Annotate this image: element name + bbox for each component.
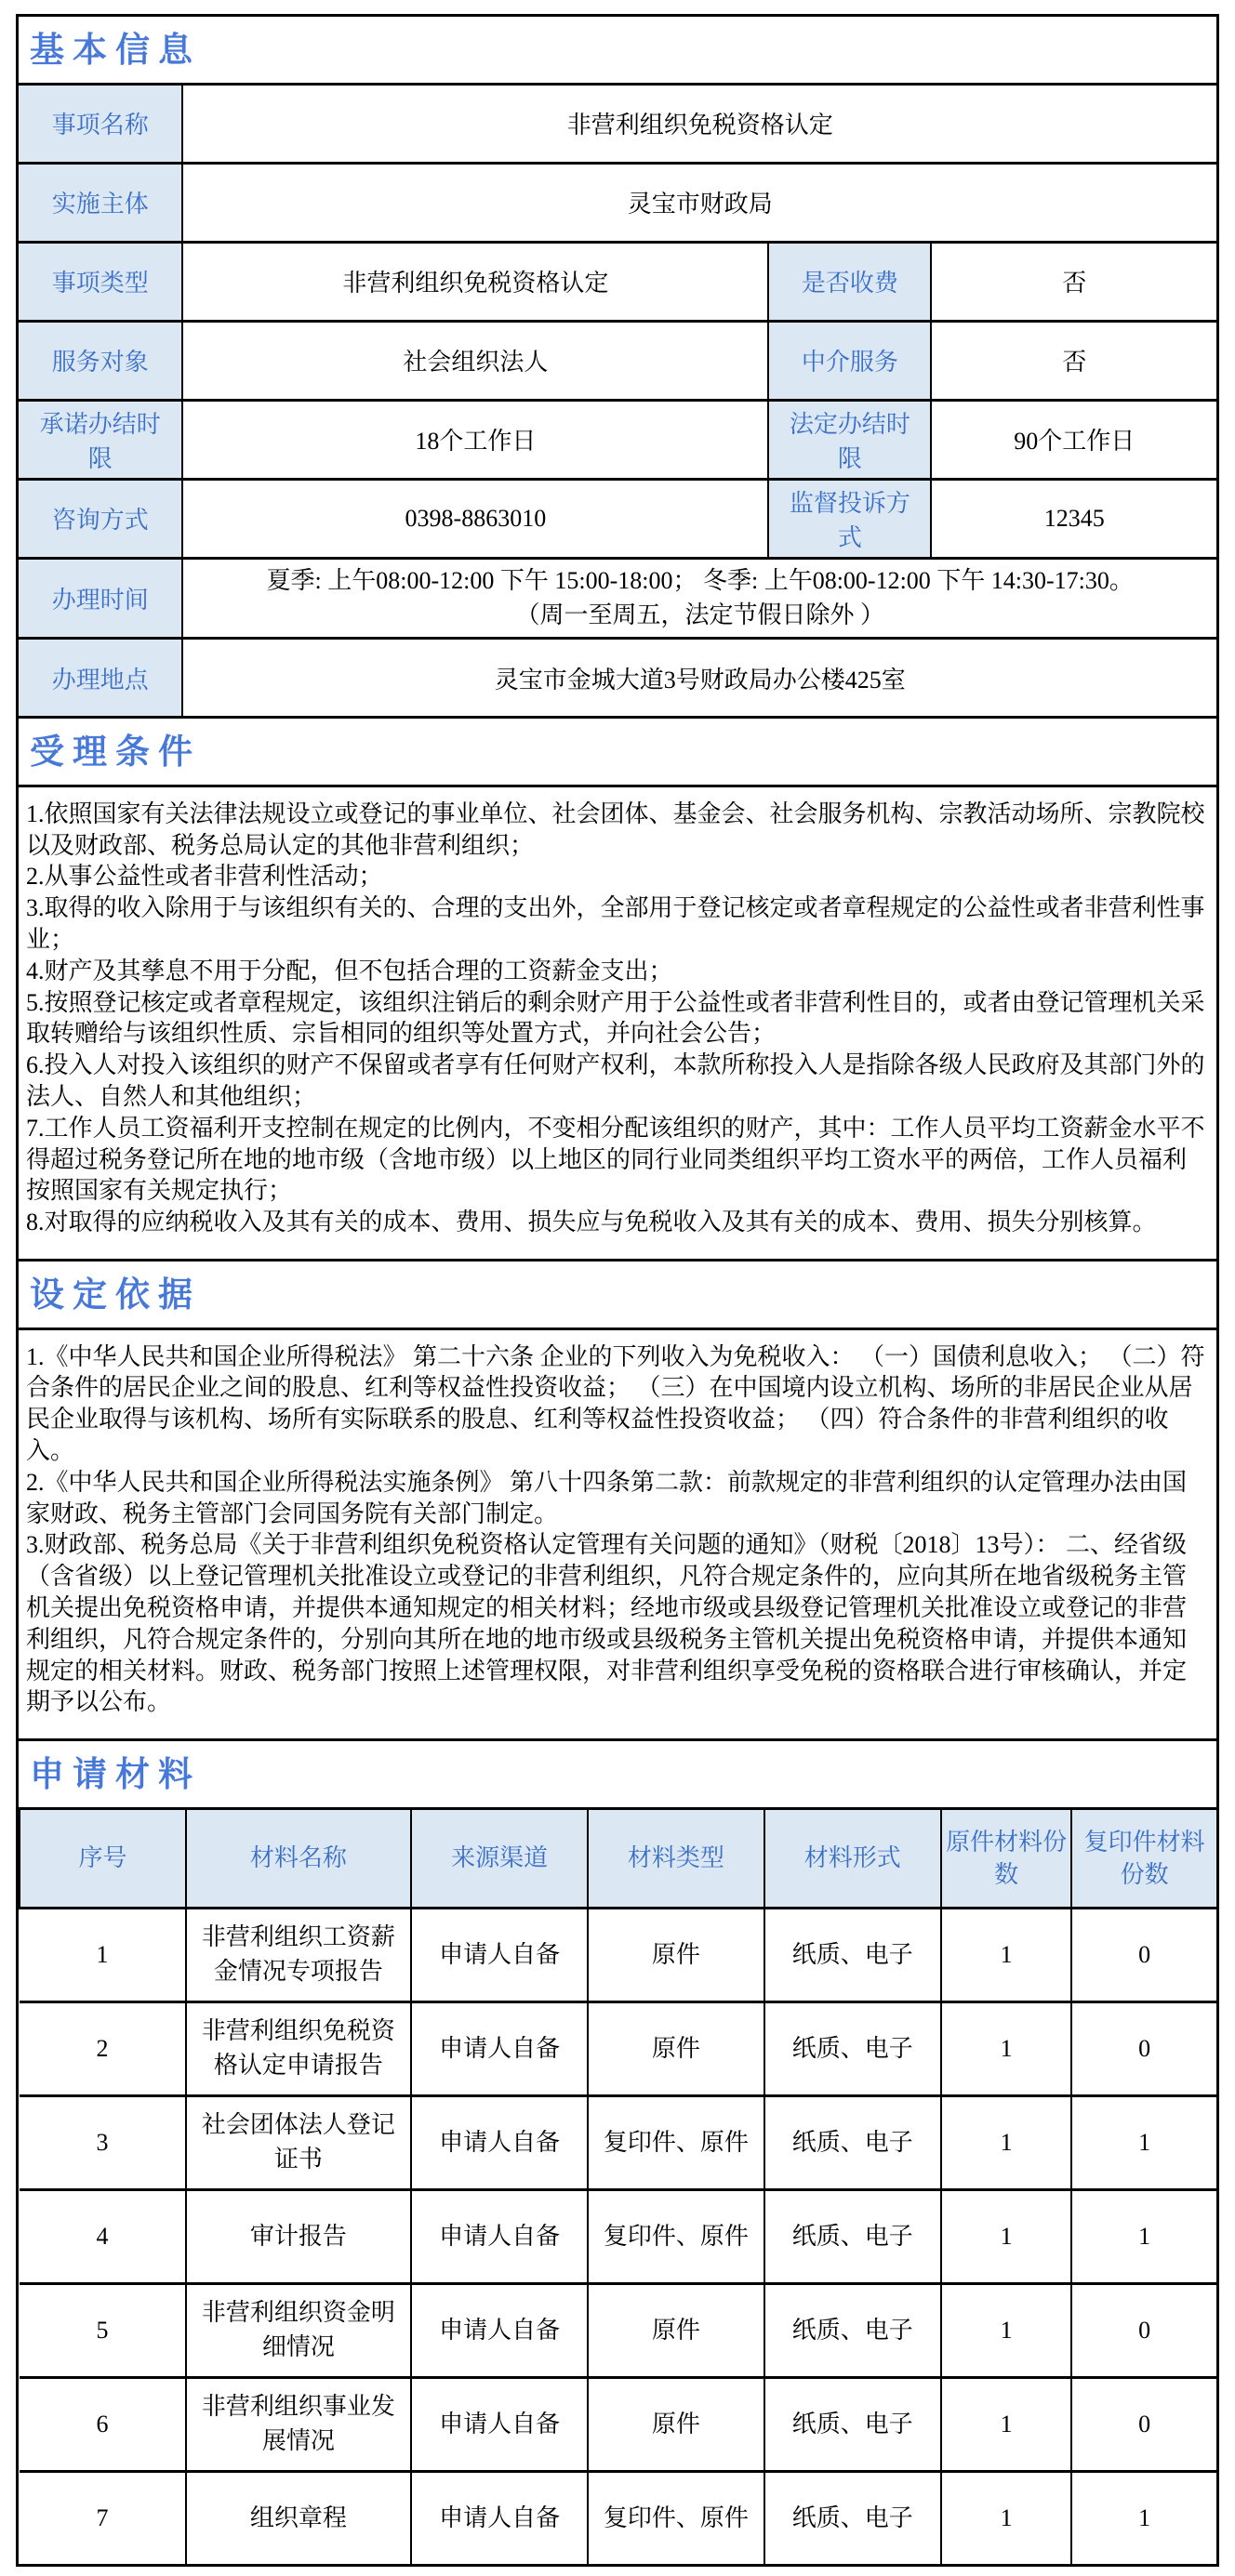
material-copies-count: 0 [1071, 2001, 1216, 2095]
setting-basis-text: 1.《中华人民共和国企业所得税法》 第二十六条 企业的下列收入为免税收入： （一… [19, 1330, 1216, 1742]
material-name: 组织章程 [186, 2471, 411, 2564]
materials-column-header: 原件材料份数 [941, 1810, 1071, 1909]
material-type: 复印件、原件 [588, 2095, 764, 2189]
table-row: 咨询方式 0398-8863010 监督投诉方式 12345 [19, 479, 1216, 558]
material-copies-count: 1 [1071, 2189, 1216, 2283]
condition-item: 4.财产及其孳息不用于分配，但不包括合理的工资薪金支出； [26, 956, 1207, 987]
section-title-acceptance-conditions: 受理条件 [19, 719, 1216, 787]
field-value-consult-way: 0398-8863010 [182, 479, 768, 558]
field-value-item-type: 非营利组织免税资格认定 [182, 242, 768, 321]
table-row: 2 非营利组织免税资格认定申请报告 申请人自备 原件 纸质、电子 1 0 [20, 2001, 1216, 2095]
table-row: 办理时间 夏季: 上午08:00-12:00 下午 15:00-18:00； 冬… [19, 558, 1216, 638]
field-label-implement-body: 实施主体 [19, 163, 182, 242]
section-title-application-materials: 申请材料 [19, 1741, 1216, 1810]
material-form: 纸质、电子 [764, 1908, 941, 2001]
office-time-line1: 夏季: 上午08:00-12:00 下午 15:00-18:00； 冬季: 上午… [193, 563, 1207, 599]
table-row: 6 非营利组织事业发展情况 申请人自备 原件 纸质、电子 1 0 [20, 2377, 1216, 2471]
condition-item: 7.工作人员工资福利开支控制在规定的比例内，不变相分配该组织的财产，其中：工作人… [26, 1113, 1207, 1207]
condition-item: 5.按照登记核定或者章程规定，该组织注销后的剩余财产用于公益性或者非营利性目的，… [26, 987, 1207, 1050]
material-source: 申请人自备 [411, 2095, 588, 2189]
material-form: 纸质、电子 [764, 2095, 941, 2189]
basis-item: 3.财政部、税务总局《关于非营利组织免税资格认定管理有关问题的通知》（财税〔20… [26, 1529, 1207, 1718]
application-materials-table: 序号 材料名称 来源渠道 材料类型 材料形式 原件材料份数 复印件材料份数 [19, 1810, 1216, 2564]
material-form: 纸质、电子 [764, 2001, 941, 2095]
materials-column-header: 材料类型 [588, 1810, 764, 1909]
field-label-intermediary-service: 中介服务 [768, 321, 931, 400]
materials-table-body: 1 非营利组织工资薪金情况专项报告 申请人自备 原件 纸质、电子 1 0 2 非… [20, 1908, 1216, 2564]
field-value-office-time: 夏季: 上午08:00-12:00 下午 15:00-18:00； 冬季: 上午… [182, 558, 1216, 638]
basis-item: 2.《中华人民共和国企业所得税法实施条例》 第八十四条第二款：前款规定的非营利组… [26, 1467, 1207, 1530]
material-seq: 3 [20, 2095, 186, 2189]
materials-column-header: 复印件材料份数 [1071, 1810, 1216, 1909]
material-name: 社会团体法人登记证书 [186, 2095, 411, 2189]
basis-item: 1.《中华人民共和国企业所得税法》 第二十六条 企业的下列收入为免税收入： （一… [26, 1341, 1207, 1467]
field-value-item-name: 非营利组织免税资格认定 [182, 86, 1216, 164]
table-row: 5 非营利组织资金明细情况 申请人自备 原件 纸质、电子 1 0 [20, 2283, 1216, 2377]
materials-header-row: 序号 材料名称 来源渠道 材料类型 材料形式 原件材料份数 复印件材料份数 [20, 1810, 1216, 1909]
table-row: 3 社会团体法人登记证书 申请人自备 复印件、原件 纸质、电子 1 1 [20, 2095, 1216, 2189]
field-label-promised-time: 承诺办结时限 [19, 400, 182, 479]
material-type: 原件 [588, 2283, 764, 2377]
field-label-consult-way: 咨询方式 [19, 479, 182, 558]
table-row: 7 组织章程 申请人自备 复印件、原件 纸质、电子 1 1 [20, 2471, 1216, 2564]
material-seq: 1 [20, 1908, 186, 2001]
acceptance-conditions-text: 1.依照国家有关法律法规设立或登记的事业单位、社会团体、基金会、社会服务机构、宗… [19, 787, 1216, 1262]
field-label-item-name: 事项名称 [19, 86, 182, 164]
condition-item: 6.投入人对投入该组织的财产不保留或者享有任何财产权利，本款所称投入人是指除各级… [26, 1050, 1207, 1113]
field-value-legal-time: 90个工作日 [931, 400, 1216, 479]
material-originals-count: 1 [941, 1908, 1071, 2001]
field-label-complaint-way: 监督投诉方式 [768, 479, 931, 558]
material-copies-count: 1 [1071, 2471, 1216, 2564]
field-label-item-type: 事项类型 [19, 242, 182, 321]
material-name: 非营利组织工资薪金情况专项报告 [186, 1908, 411, 2001]
material-name: 非营利组织免税资格认定申请报告 [186, 2001, 411, 2095]
field-label-office-place: 办理地点 [19, 639, 182, 718]
material-seq: 2 [20, 2001, 186, 2095]
material-source: 申请人自备 [411, 2001, 588, 2095]
condition-item: 2.从事公益性或者非营利性活动； [26, 861, 1207, 892]
condition-item: 3.取得的收入除用于与该组织有关的、合理的支出外，全部用于登记核定或者章程规定的… [26, 892, 1207, 956]
material-copies-count: 0 [1071, 1908, 1216, 2001]
material-originals-count: 1 [941, 2377, 1071, 2471]
material-form: 纸质、电子 [764, 2189, 941, 2283]
material-name: 审计报告 [186, 2189, 411, 2283]
table-row: 实施主体 灵宝市财政局 [19, 163, 1216, 242]
material-source: 申请人自备 [411, 2189, 588, 2283]
material-source: 申请人自备 [411, 2283, 588, 2377]
field-label-is-charged: 是否收费 [768, 242, 931, 321]
field-value-service-object: 社会组织法人 [182, 321, 768, 400]
table-row: 承诺办结时限 18个工作日 法定办结时限 90个工作日 [19, 400, 1216, 479]
field-value-is-charged: 否 [931, 242, 1216, 321]
office-time-line2: （周一至周五，法定节假日除外 ） [193, 598, 1207, 633]
table-row: 服务对象 社会组织法人 中介服务 否 [19, 321, 1216, 400]
material-originals-count: 1 [941, 2095, 1071, 2189]
material-type: 原件 [588, 2001, 764, 2095]
field-value-intermediary-service: 否 [931, 321, 1216, 400]
material-originals-count: 1 [941, 2189, 1071, 2283]
table-row: 办理地点 灵宝市金城大道3号财政局办公楼425室 [19, 639, 1216, 718]
field-label-office-time: 办理时间 [19, 558, 182, 638]
condition-item: 8.对取得的应纳税收入及其有关的成本、费用、损失应与免税收入及其有关的成本、费用… [26, 1207, 1207, 1238]
material-form: 纸质、电子 [764, 2283, 941, 2377]
material-name: 非营利组织事业发展情况 [186, 2377, 411, 2471]
material-copies-count: 0 [1071, 2377, 1216, 2471]
material-seq: 6 [20, 2377, 186, 2471]
basic-info-table: 事项名称 非营利组织免税资格认定 实施主体 灵宝市财政局 事项类型 非营利组织免… [19, 86, 1216, 719]
service-guide-document: 基本信息 事项名称 非营利组织免税资格认定 实施主体 灵宝市财政局 事项类型 非… [16, 14, 1219, 2567]
material-form: 纸质、电子 [764, 2471, 941, 2564]
table-row: 1 非营利组织工资薪金情况专项报告 申请人自备 原件 纸质、电子 1 0 [20, 1908, 1216, 2001]
materials-column-header: 材料形式 [764, 1810, 941, 1909]
section-title-basic-info: 基本信息 [19, 17, 1216, 86]
material-seq: 5 [20, 2283, 186, 2377]
material-originals-count: 1 [941, 2471, 1071, 2564]
field-value-office-place: 灵宝市金城大道3号财政局办公楼425室 [182, 639, 1216, 718]
section-title-setting-basis: 设定依据 [19, 1262, 1216, 1330]
field-label-service-object: 服务对象 [19, 321, 182, 400]
material-source: 申请人自备 [411, 2471, 588, 2564]
materials-column-header: 序号 [20, 1810, 186, 1909]
material-copies-count: 0 [1071, 2283, 1216, 2377]
field-value-complaint-way: 12345 [931, 479, 1216, 558]
material-copies-count: 1 [1071, 2095, 1216, 2189]
material-type: 复印件、原件 [588, 2189, 764, 2283]
material-type: 原件 [588, 2377, 764, 2471]
material-name: 非营利组织资金明细情况 [186, 2283, 411, 2377]
page: 基本信息 事项名称 非营利组织免税资格认定 实施主体 灵宝市财政局 事项类型 非… [0, 0, 1235, 2576]
field-value-implement-body: 灵宝市财政局 [182, 163, 1216, 242]
field-value-promised-time: 18个工作日 [182, 400, 768, 479]
table-row: 事项类型 非营利组织免税资格认定 是否收费 否 [19, 242, 1216, 321]
material-source: 申请人自备 [411, 2377, 588, 2471]
materials-column-header: 来源渠道 [411, 1810, 588, 1909]
condition-item: 1.依照国家有关法律法规设立或登记的事业单位、社会团体、基金会、社会服务机构、宗… [26, 799, 1207, 862]
material-source: 申请人自备 [411, 1908, 588, 2001]
material-seq: 4 [20, 2189, 186, 2283]
material-seq: 7 [20, 2471, 186, 2564]
table-row: 事项名称 非营利组织免税资格认定 [19, 86, 1216, 164]
materials-column-header: 材料名称 [186, 1810, 411, 1909]
material-originals-count: 1 [941, 2001, 1071, 2095]
table-row: 4 审计报告 申请人自备 复印件、原件 纸质、电子 1 1 [20, 2189, 1216, 2283]
material-form: 纸质、电子 [764, 2377, 941, 2471]
field-label-legal-time: 法定办结时限 [768, 400, 931, 479]
material-originals-count: 1 [941, 2283, 1071, 2377]
material-type: 复印件、原件 [588, 2471, 764, 2564]
material-type: 原件 [588, 1908, 764, 2001]
